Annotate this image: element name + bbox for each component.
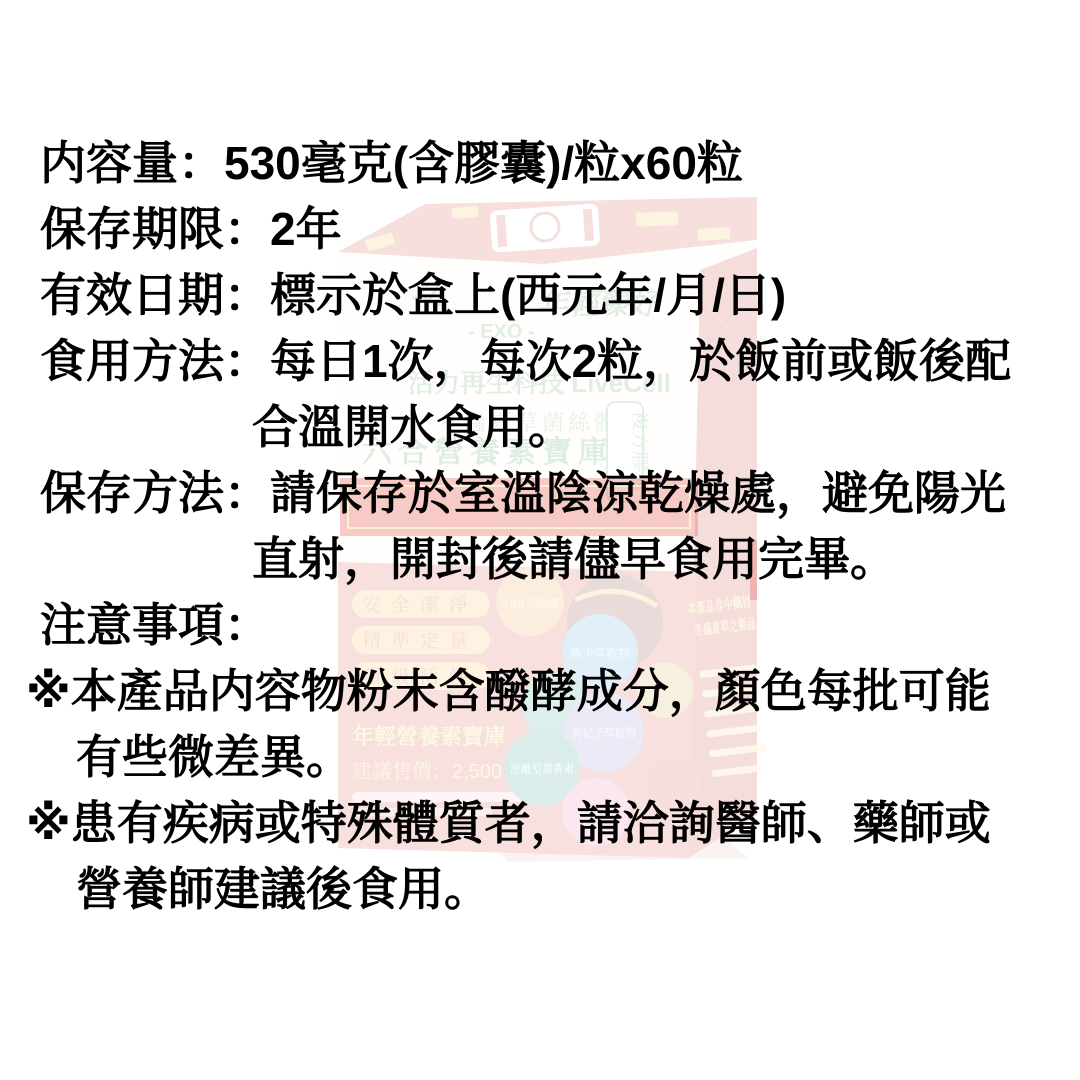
info-line-shelf-life: 保存期限：2年	[40, 196, 1060, 262]
product-info-page: 年輕臻好 - EXO - 活力再生科技 LiveCell 冬蟲夏草菌絲體 六合營…	[0, 0, 1080, 1080]
info-line-note1-2: 有些微差異。	[40, 724, 1060, 790]
info-line-expiry-date: 有效日期：標示於盒上(西元年/月/日)	[40, 262, 1060, 328]
product-info-text: 内容量：530毫克(含膠囊)/粒x60粒 保存期限：2年 有效日期：標示於盒上(…	[40, 130, 1060, 922]
info-line-notes-heading: 注意事項：	[40, 592, 1060, 658]
info-line-storage-1: 保存方法：請保存於室溫陰涼乾燥處，避免陽光	[40, 460, 1060, 526]
info-line-storage-2: 直射，開封後請儘早食用完畢。	[40, 526, 1060, 592]
info-line-content-amount: 内容量：530毫克(含膠囊)/粒x60粒	[40, 130, 1060, 196]
info-line-usage-2: 合溫開水食用。	[40, 394, 1060, 460]
info-line-note2-1: ※患有疾病或特殊體質者，請洽詢醫師、藥師或	[26, 790, 1060, 856]
info-line-usage-1: 食用方法：每日1次，每次2粒，於飯前或飯後配	[40, 328, 1060, 394]
info-line-note1-1: ※本產品内容物粉末含醱酵成分，顏色每批可能	[26, 658, 1060, 724]
info-line-note2-2: 營養師建議後食用。	[40, 856, 1060, 922]
